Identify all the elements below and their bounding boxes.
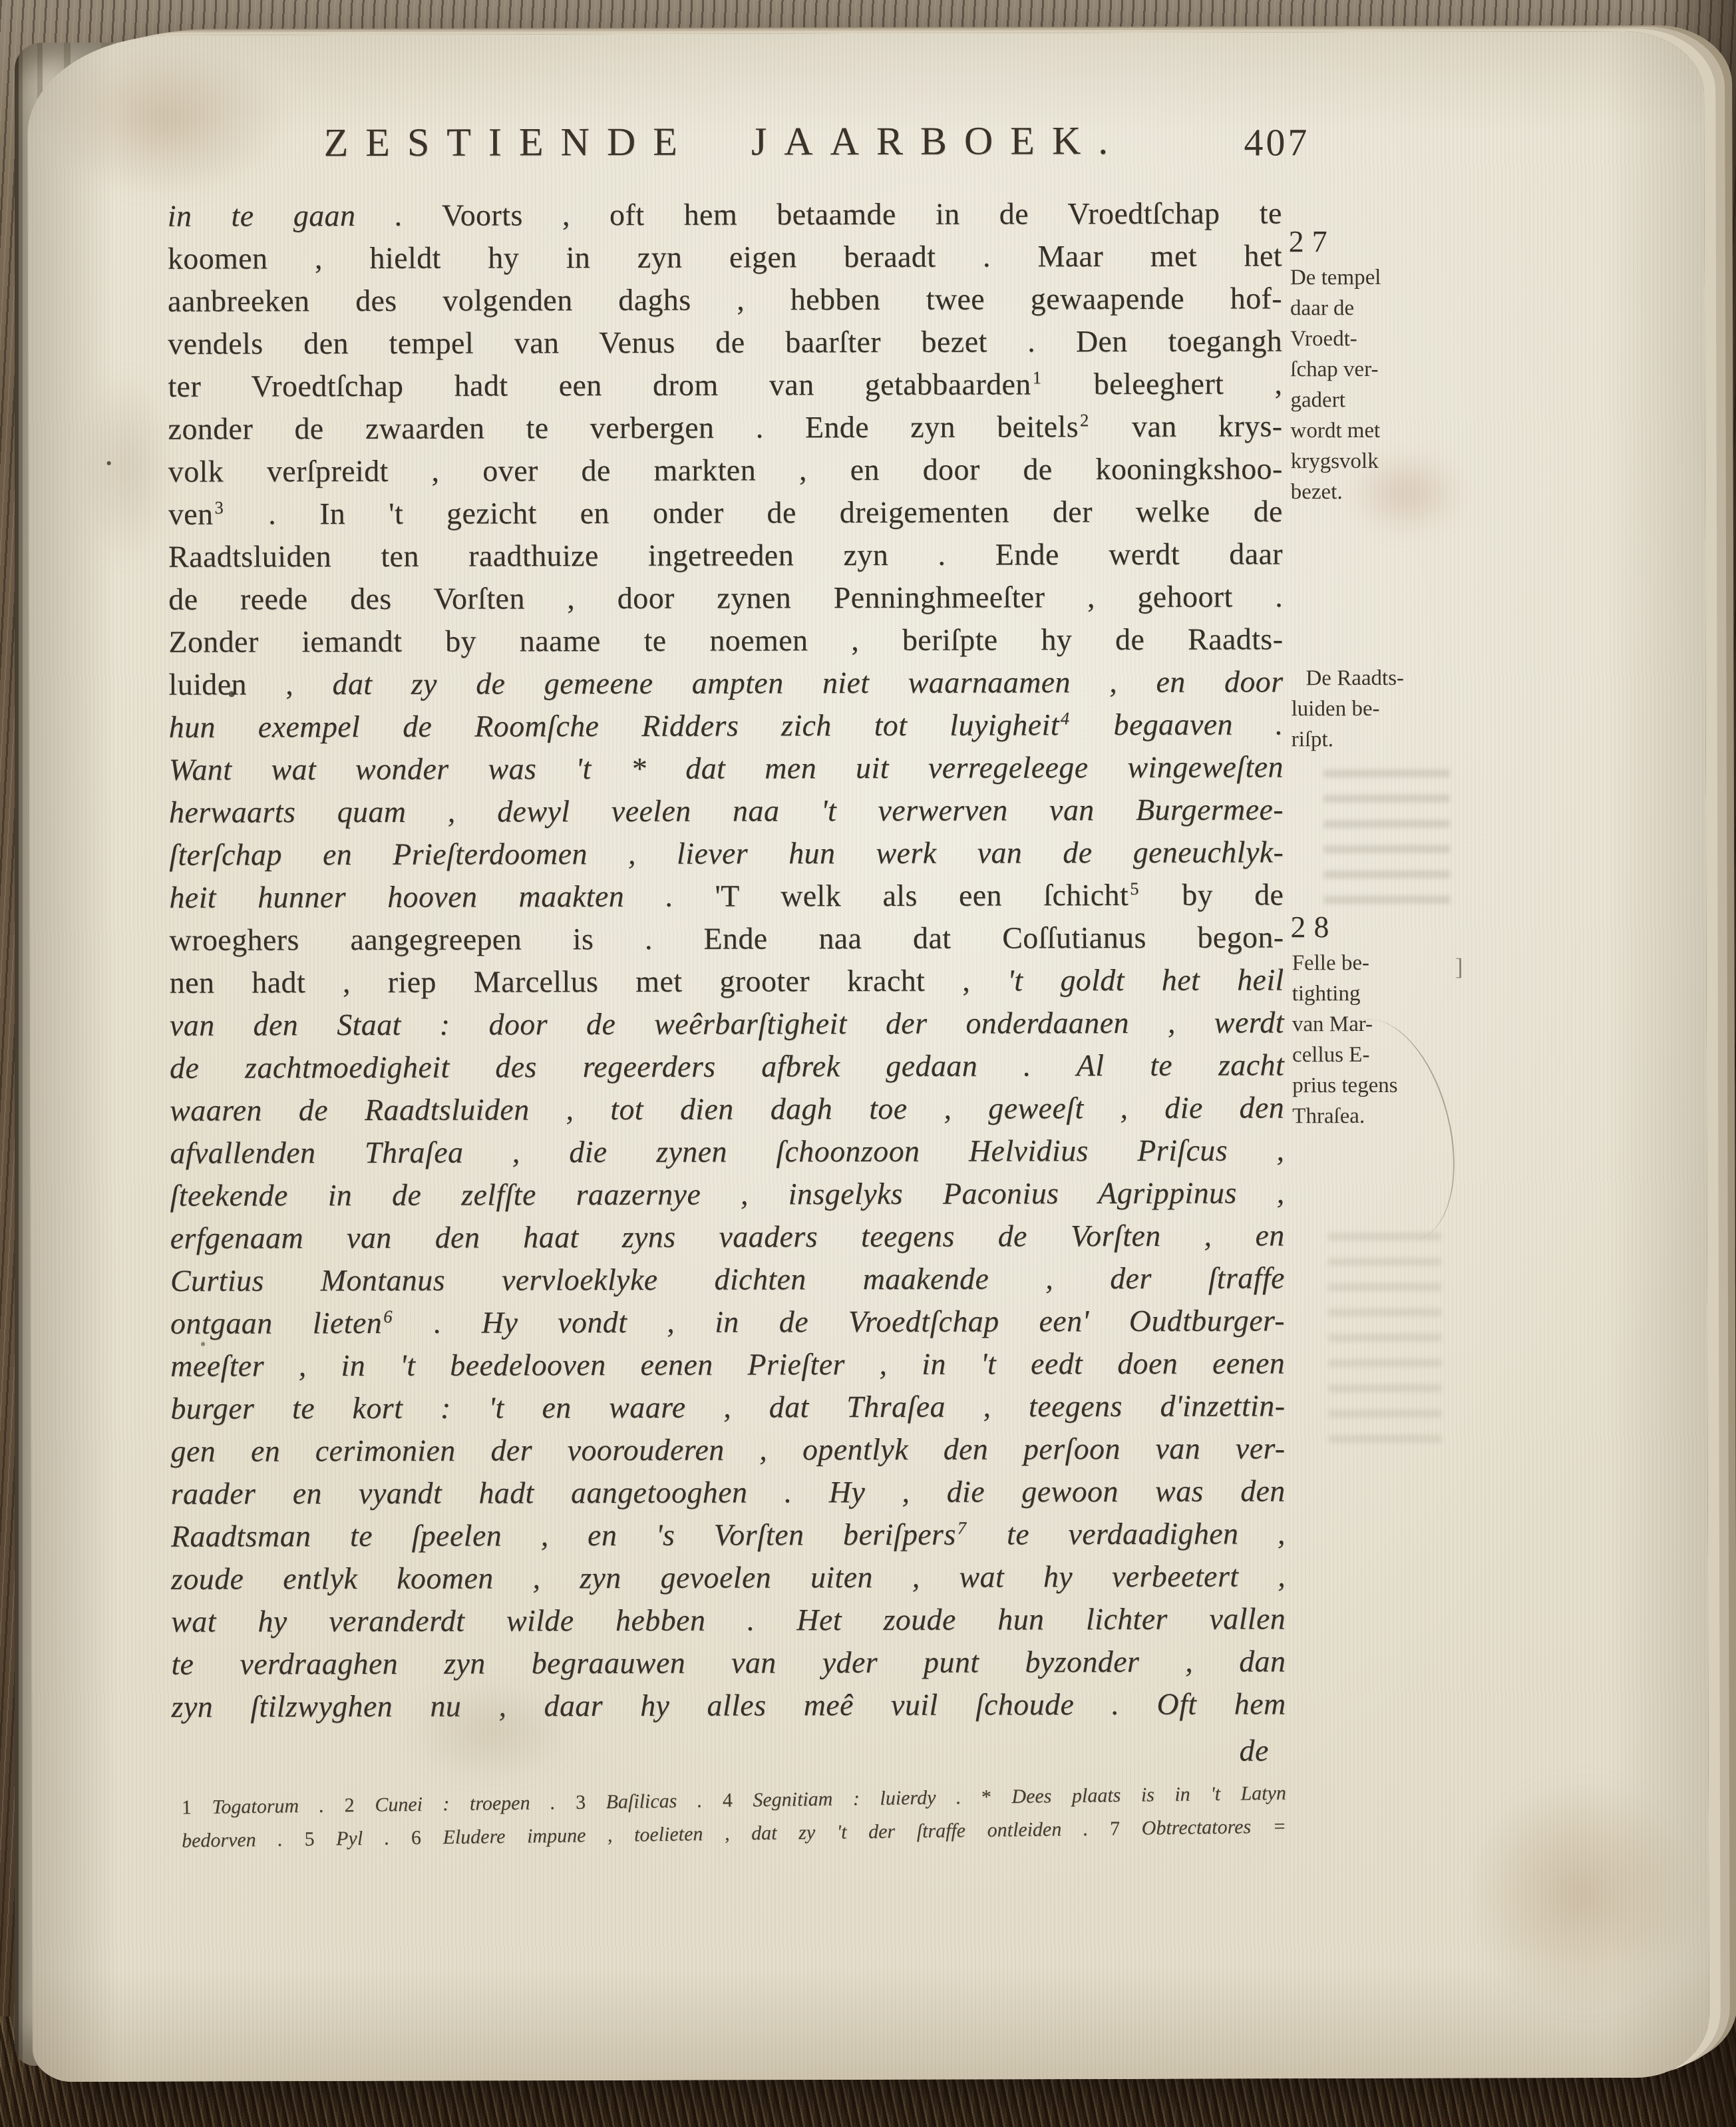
text-segment: ter Vroedtſchap hadt een drom van getabb… [168, 367, 1031, 403]
text-segment: 5 [283, 1828, 337, 1850]
text-segment: Baſilicas . [606, 1790, 702, 1813]
margin-note-number: 28 [1290, 912, 1463, 943]
body-line: volk verſpreidt , over de markten , en d… [168, 447, 1283, 492]
text-segment: hun exempel de Roomſche Ridders zich tot… [169, 707, 1059, 744]
margin-note-line: Vroedt- [1289, 323, 1462, 355]
text-segment: de [1239, 1733, 1268, 1767]
margin-note-line: De tempel [1289, 262, 1462, 293]
text-segment: Want wat wonder was 't * dat men uit ver… [169, 749, 1284, 786]
text-segment: waaren de Raadtsluiden , tot dien dagh t… [170, 1090, 1284, 1127]
paper-stain [1463, 1775, 1703, 2015]
body-line: waaren de Raadtsluiden , tot dien dagh t… [170, 1086, 1284, 1131]
text-segment: wroeghers aangegreepen is . Ende naa dat… [169, 920, 1284, 956]
text-segment: ſteekende in de zelfſte raazernye , insg… [170, 1175, 1284, 1212]
body-line: Want wat wonder was 't * dat men uit ver… [169, 745, 1284, 791]
body-line: Raadtsluiden ten raadthuize ingetreeden … [168, 532, 1283, 578]
text-segment: Pyl . [336, 1827, 390, 1849]
text-segment: zyn ſtilzwyghen nu , daar hy alles meê v… [171, 1686, 1286, 1723]
body-line: van den Staat : door de weêrbarſtigheit … [170, 1001, 1284, 1046]
body-line: de zachtmoedigheit des regeerders afbrek… [170, 1044, 1284, 1089]
text-segment: zonder de zwaarden te verbergen . Ende z… [168, 409, 1079, 446]
margin-note-line: daar de [1289, 293, 1462, 324]
text-segment: ven [168, 497, 214, 531]
margin-note-line: Felle be- [1291, 948, 1464, 979]
body-line: hun exempel de Roomſche Ridders zich tot… [169, 703, 1284, 748]
text-segment: 2 [324, 1794, 375, 1817]
text-segment: ontgaan lieten [170, 1306, 382, 1340]
body-line: nen hadt , riep Marcellus met grooter kr… [170, 958, 1284, 1004]
text-segment: bedorven . [182, 1828, 283, 1851]
text-segment: afvallenden Thraſea , die zynen ſchoonzo… [170, 1133, 1284, 1169]
body-line: afvallenden Thraſea , die zynen ſchoonzo… [170, 1129, 1284, 1174]
text-segment: de zachtmoedigheit des regeerders afbrek… [170, 1048, 1284, 1084]
text-segment: heit hunner hooven maakten . [169, 879, 673, 914]
body-line: Curtius Montanus vervloeklyke dichten ma… [170, 1257, 1285, 1302]
text-segment: erfgenaam van den haat zyns vaaders teeg… [170, 1218, 1285, 1255]
body-line: meeſter , in 't beedelooven eenen Prieſt… [170, 1342, 1285, 1387]
body-line: heit hunner hooven maakten . 'T welk als… [169, 873, 1284, 918]
body-line: herwaarts quam , dewyl veelen naa 't ver… [169, 788, 1284, 833]
text-segment: Obtrectatores = [1142, 1816, 1287, 1839]
text-segment: begaaven . [1071, 707, 1284, 741]
text-segment: * [961, 1786, 1012, 1808]
text-segment: Raadtsluiden ten raadthuize ingetreeden … [168, 536, 1283, 573]
text-segment: . Hy vondt , in de Vroedtſchap een' Oudt… [394, 1303, 1285, 1340]
body-line: wat hy veranderdt wilde hebben . Het zou… [171, 1597, 1286, 1643]
text-segment: burger te kort : 't en waare , dat Thraſ… [170, 1388, 1285, 1425]
margin-note: 27De tempeldaar deVroedt-ſchap ver-gader… [1289, 226, 1463, 508]
text-segment: wat hy veranderdt wilde hebben . Het zou… [171, 1601, 1286, 1638]
body-line: vendels den tempel van Venus de baarſter… [168, 319, 1282, 365]
text-segment: Voorts , oft hem betaamde in de Vroedtſc… [403, 196, 1282, 232]
body-line: zyn ſtilzwyghen nu , daar hy alles meê v… [171, 1682, 1286, 1728]
margin-note-line: De Raadts- [1290, 663, 1463, 694]
text-segment: Dees plaats is in 't Latyn [1011, 1782, 1286, 1808]
body-line: Raadtsman te ſpeelen , en 's Vorſten ber… [171, 1512, 1286, 1557]
footnote-marker: 4 [1059, 708, 1071, 728]
margin-note-line: ſchap ver- [1289, 354, 1462, 385]
text-segment: van den Staat : door de weêrbarſtigheit … [170, 1005, 1284, 1042]
margin-note-number: 27 [1289, 226, 1462, 258]
page-content: ZESTIENDE JAARBOEK. 407 in te gaan . Voo… [27, 31, 1709, 2082]
margin-note-line: bezet. [1290, 477, 1463, 508]
footnote-marker: 1 [1031, 367, 1043, 387]
body-line: te verdraaghen zyn begraauwen van yder p… [171, 1640, 1286, 1685]
body-line: ontgaan lieten6 . Hy vondt , in de Vroed… [170, 1299, 1285, 1344]
text-segment: van krys- [1091, 409, 1283, 443]
margin-note-line: riſpt. [1290, 724, 1463, 755]
footnote-marker: 5 [1128, 878, 1140, 898]
text-segment: 4 [702, 1789, 753, 1812]
footnote-marker: 2 [1079, 410, 1091, 430]
bracket-mark: ] [1455, 953, 1463, 981]
body-line: ter Vroedtſchap hadt een drom van getabb… [168, 362, 1282, 407]
margin-note-line: luiden be- [1290, 693, 1463, 725]
margin-note: De Raadts-luiden be-riſpt. [1290, 663, 1463, 755]
paper-stain [75, 368, 175, 568]
text-segment: koomen , hieldt hy in zyn eigen beraadt … [168, 238, 1282, 275]
text-segment: Curtius Montanus vervloeklyke dichten ma… [170, 1260, 1285, 1297]
text-segment: Raadtsman te ſpeelen , en 's Vorſten ber… [171, 1517, 956, 1553]
body-line: burger te kort : 't en waare , dat Thraſ… [170, 1384, 1285, 1430]
text-segment: 'T welk als een ſchicht [673, 878, 1128, 913]
text-segment: aanbreeken des volgenden daghs , hebben … [168, 281, 1282, 317]
text-segment: ſterſchap en Prieſterdoomen , liever hun… [169, 835, 1284, 871]
text-segment: herwaarts quam , dewyl veelen naa 't ver… [169, 792, 1284, 829]
text-segment: by de [1140, 877, 1284, 912]
page-header: ZESTIENDE JAARBOEK. 407 [167, 117, 1282, 180]
text-segment: vendels den tempel van Venus de baarſter… [168, 323, 1282, 360]
text-segment: te verdaadighen , [967, 1516, 1286, 1551]
text-segment: meeſter , in 't beedelooven eenen Prieſt… [170, 1346, 1285, 1382]
body-line: in te gaan . Voorts , oft hem betaamde i… [168, 192, 1282, 237]
text-segment: raader en vyandt hadt aangetooghen . Hy … [171, 1473, 1286, 1510]
text-segment: in te gaan . [168, 198, 403, 233]
paper-speck [229, 691, 235, 697]
text-segment: Cunei : troepen . [375, 1792, 556, 1816]
text-segment: 't goldt het heil [1007, 962, 1284, 997]
catchword: de [172, 1729, 1286, 1774]
body-text: in te gaan . Voorts , oft hem betaamde i… [168, 192, 1286, 1774]
paper-speck [201, 1342, 205, 1346]
body-line: ſteekende in de zelfſte raazernye , insg… [170, 1171, 1284, 1217]
text-segment: de reede des Vorſten , door zynen Pennin… [168, 579, 1283, 616]
margin-note-line: wordt met [1289, 415, 1462, 447]
text-segment: luiden , [168, 667, 332, 701]
text-segment: te verdraaghen zyn begraauwen van yder p… [171, 1644, 1286, 1680]
text-segment: 1 [182, 1796, 212, 1819]
margin-note-line: krygsvolk [1290, 446, 1463, 477]
body-line: aanbreeken des volgenden daghs , hebben … [168, 277, 1282, 322]
footnote-marker: 7 [956, 1517, 968, 1537]
text-segment: Eludere impune , toelieten , dat zy 't d… [442, 1818, 1088, 1849]
text-segment: gen en cerimonien der voorouderen , open… [170, 1431, 1285, 1467]
text-segment: 7 [1088, 1818, 1142, 1840]
text-segment: volk verſpreidt , over de markten , en d… [168, 451, 1283, 488]
text-segment: 3 [555, 1791, 606, 1814]
body-line: ven3 . In 't gezicht en onder de dreigem… [168, 490, 1283, 535]
body-line: erfgenaam van den haat zyns vaaders teeg… [170, 1214, 1285, 1259]
book-page: ZESTIENDE JAARBOEK. 407 in te gaan . Voo… [27, 31, 1709, 2082]
body-line: Zonder iemandt by naame te noemen , beri… [168, 618, 1283, 663]
body-line: koomen , hieldt hy in zyn eigen beraadt … [168, 234, 1282, 280]
page-title: ZESTIENDE JAARBOEK. [167, 117, 1282, 166]
text-segment: . In 't gezicht en onder de dreigementen… [225, 494, 1283, 530]
margin-note-line: gadert [1289, 385, 1462, 416]
body-line: wroeghers aangegreepen is . Ende naa dat… [169, 916, 1284, 961]
text-segment: Togatorum . [212, 1795, 324, 1818]
text-segment: Segnitiam : luierdy . [753, 1786, 961, 1811]
body-line: luiden , dat zy de gemeene ampten niet w… [168, 660, 1283, 705]
text-segment: dat zy de gemeene ampten niet waarnaamen… [332, 664, 1283, 701]
text-segment: beleeghert , [1043, 366, 1282, 401]
text-segment: 6 [389, 1826, 443, 1849]
body-line: de reede des Vorſten , door zynen Pennin… [168, 575, 1283, 620]
body-line: raader en vyandt hadt aangetooghen . Hy … [171, 1469, 1286, 1515]
footnotes: 1 Togatorum . 2 Cunei : troepen . 3 Baſi… [182, 1782, 1286, 1851]
body-line: zoude entlyk koomen , zyn gevoelen uiten… [171, 1555, 1286, 1600]
body-line: ſterſchap en Prieſterdoomen , liever hun… [169, 831, 1284, 876]
footnote-marker: 3 [213, 497, 225, 517]
text-segment: zoude entlyk koomen , zyn gevoelen uiten… [171, 1559, 1286, 1595]
margin-note-line: tighting [1291, 978, 1464, 1010]
body-line: gen en cerimonien der voorouderen , open… [170, 1427, 1285, 1472]
body-line: zonder de zwaarden te verbergen . Ende z… [168, 405, 1282, 450]
footnote-marker: 6 [382, 1306, 394, 1326]
paper-speck [107, 461, 111, 465]
text-segment: Zonder iemandt by naame te noemen , beri… [168, 622, 1283, 658]
text-segment: nen hadt , riep Marcellus met grooter kr… [170, 963, 1007, 999]
